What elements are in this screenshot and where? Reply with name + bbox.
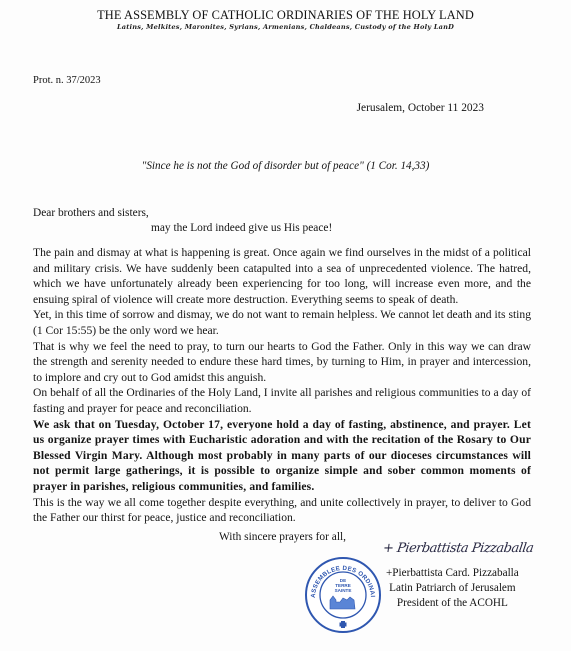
paragraph: This is the way we all come together des…: [33, 495, 531, 526]
paragraph-bold-call-to-prayer: We ask that on Tuesday, October 17, ever…: [33, 417, 531, 495]
signer-block: +Pierbattista Card. Pizzaballa Latin Pat…: [386, 566, 519, 610]
paragraph: The pain and dismay at what is happening…: [33, 245, 531, 307]
epigraph-quote: "Since he is not the God of disorder but…: [0, 160, 571, 172]
blessing: may the Lord indeed give us His peace!: [151, 222, 332, 234]
protocol-number: Prot. n. 37/2023: [33, 75, 101, 86]
salutation: Dear brothers and sisters,: [33, 207, 149, 219]
signer-name: +Pierbattista Card. Pizzaballa: [386, 566, 519, 581]
letter-body: The pain and dismay at what is happening…: [33, 245, 531, 526]
paragraph: Yet, in this time of sorrow and dismay, …: [33, 307, 531, 338]
paragraph: That is why we feel the need to pray, to…: [33, 339, 531, 386]
signer-role: President of the ACOHL: [386, 596, 519, 611]
letterhead-subtitle: Latins, Melkites, Maronites, Syrians, Ar…: [0, 22, 571, 32]
official-seal-icon: ASSEMBLEE DES ORDINAIRES CATHOLIQUES DE …: [303, 556, 383, 634]
handwritten-signature: + Pierbattista Pizzaballa: [382, 541, 534, 556]
letterhead: THE ASSEMBLY OF CATHOLIC ORDINARIES OF T…: [0, 8, 571, 32]
signer-title: Latin Patriarch of Jerusalem: [386, 581, 519, 596]
letterhead-title: THE ASSEMBLY OF CATHOLIC ORDINARIES OF T…: [0, 8, 571, 22]
svg-text:SAINTE: SAINTE: [335, 588, 352, 593]
paragraph: On behalf of all the Ordinaries of the H…: [33, 385, 531, 416]
place-date: Jerusalem, October 11 2023: [357, 102, 484, 114]
closing-line: With sincere prayers for all,: [219, 531, 346, 543]
